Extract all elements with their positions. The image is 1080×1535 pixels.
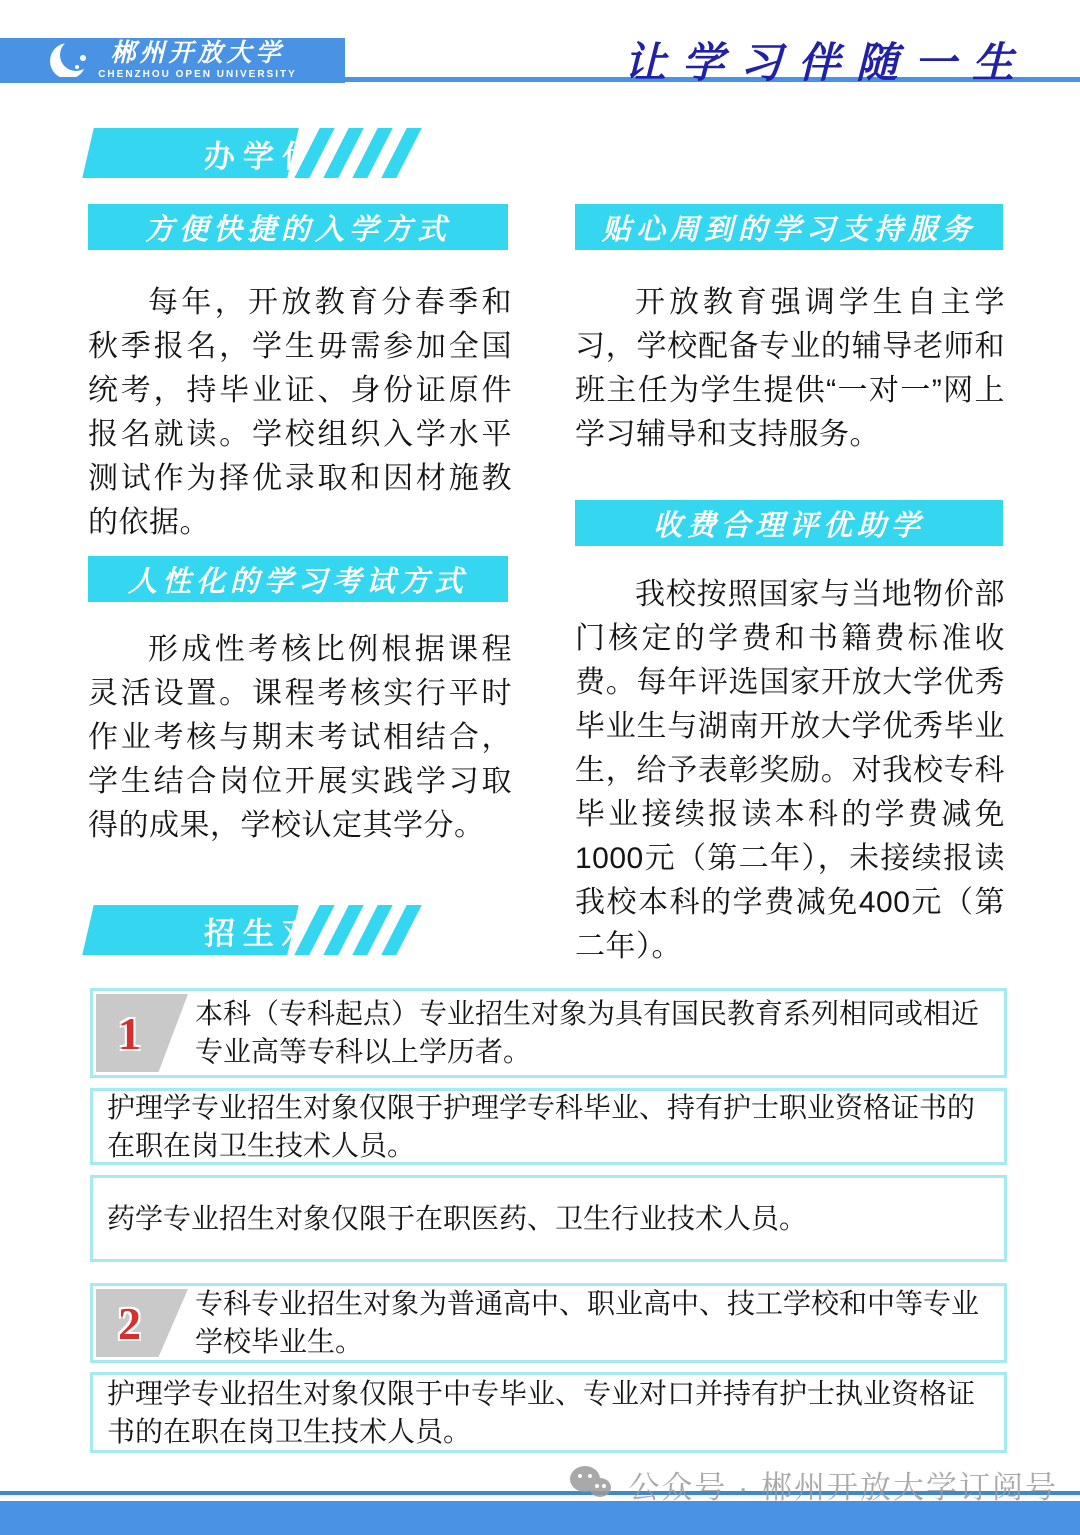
section-title-support-service: 贴心周到的学习支持服务 — [575, 204, 1003, 250]
admission-text: 药学专业招生对象仅限于在职医药、卫生行业技术人员。 — [93, 1194, 821, 1244]
wechat-icon — [570, 1464, 618, 1506]
admission-badge-1: 1 — [96, 994, 188, 1072]
paragraph-fees: 我校按照国家与当地物价部门核定的学费和书籍费标准收费。每年评选国家开放大学优秀毕… — [575, 573, 1005, 969]
admission-text: 专科专业招生对象为普通高中、职业高中、技工学校和中等专业学校毕业生。 — [181, 1279, 1004, 1367]
section-title-enrollment-method: 方便快捷的入学方式 — [88, 204, 508, 250]
admission-box-nursing-college: 护理学专业招生对象仅限于中专毕业、专业对口并持有护士执业资格证书的在职在岗卫生技… — [90, 1372, 1007, 1453]
admission-text: 护理学专业招生对象仅限于中专毕业、专业对口并持有护士执业资格证书的在职在岗卫生技… — [93, 1369, 1004, 1457]
admission-box-2: 2 专科专业招生对象为普通高中、职业高中、技工学校和中等专业学校毕业生。 — [90, 1283, 1007, 1363]
paragraph-exam-method: 形成性考核比例根据课程灵活设置。课程考核实行平时作业考核与期末考试相结合，学生结… — [88, 628, 512, 848]
admission-badge-2: 2 — [96, 1289, 188, 1357]
paragraph-enrollment-method: 每年，开放教育分春季和秋季报名，学生毋需参加全国统考，持毕业证、身份证原件报名就… — [88, 281, 512, 545]
admission-box-pharmacy: 药学专业招生对象仅限于在职医药、卫生行业技术人员。 — [90, 1175, 1007, 1262]
page: 郴州开放大学 CHENZHOU OPEN UNIVERSITY 让学习伴随一生 … — [0, 0, 1080, 1535]
admission-box-nursing-undergrad: 护理学专业招生对象仅限于护理学专科毕业、持有护士职业资格证书的在职在岗卫生技术人… — [90, 1088, 1007, 1165]
section-title-exam-method: 人性化的学习考试方式 — [88, 556, 508, 602]
header-slogan: 让学习伴随一生 — [624, 30, 1030, 90]
university-crescent-icon — [48, 41, 88, 81]
admission-box-1: 1 本科（专科起点）专业招生对象为具有国民教育系列相同或相近专业高等专科以上学历… — [90, 988, 1007, 1078]
university-logo: 郴州开放大学 CHENZHOU OPEN UNIVERSITY — [98, 41, 297, 80]
watermark-text: 公众号 · 郴州开放大学订阅号 — [628, 1462, 1058, 1507]
admission-text: 本科（专科起点）专业招生对象为具有国民教育系列相同或相近专业高等专科以上学历者。 — [181, 989, 1004, 1077]
watermark: 公众号 · 郴州开放大学订阅号 — [570, 1462, 1058, 1507]
badge-number: 2 — [118, 1297, 141, 1350]
advantages-banner: 办学优势 — [88, 128, 409, 178]
admission-text: 护理学专业招生对象仅限于护理学专科毕业、持有护士职业资格证书的在职在岗卫生技术人… — [93, 1083, 1004, 1171]
admission-banner: 招生对象 — [88, 905, 409, 955]
logo-name-cn: 郴州开放大学 — [110, 41, 284, 66]
section-title-fees: 收费合理评优助学 — [575, 500, 1003, 546]
badge-number: 1 — [118, 1007, 141, 1060]
paragraph-support-service: 开放教育强调学生自主学习，学校配备专业的辅导老师和班主任为学生提供“一对一”网上… — [575, 281, 1005, 457]
